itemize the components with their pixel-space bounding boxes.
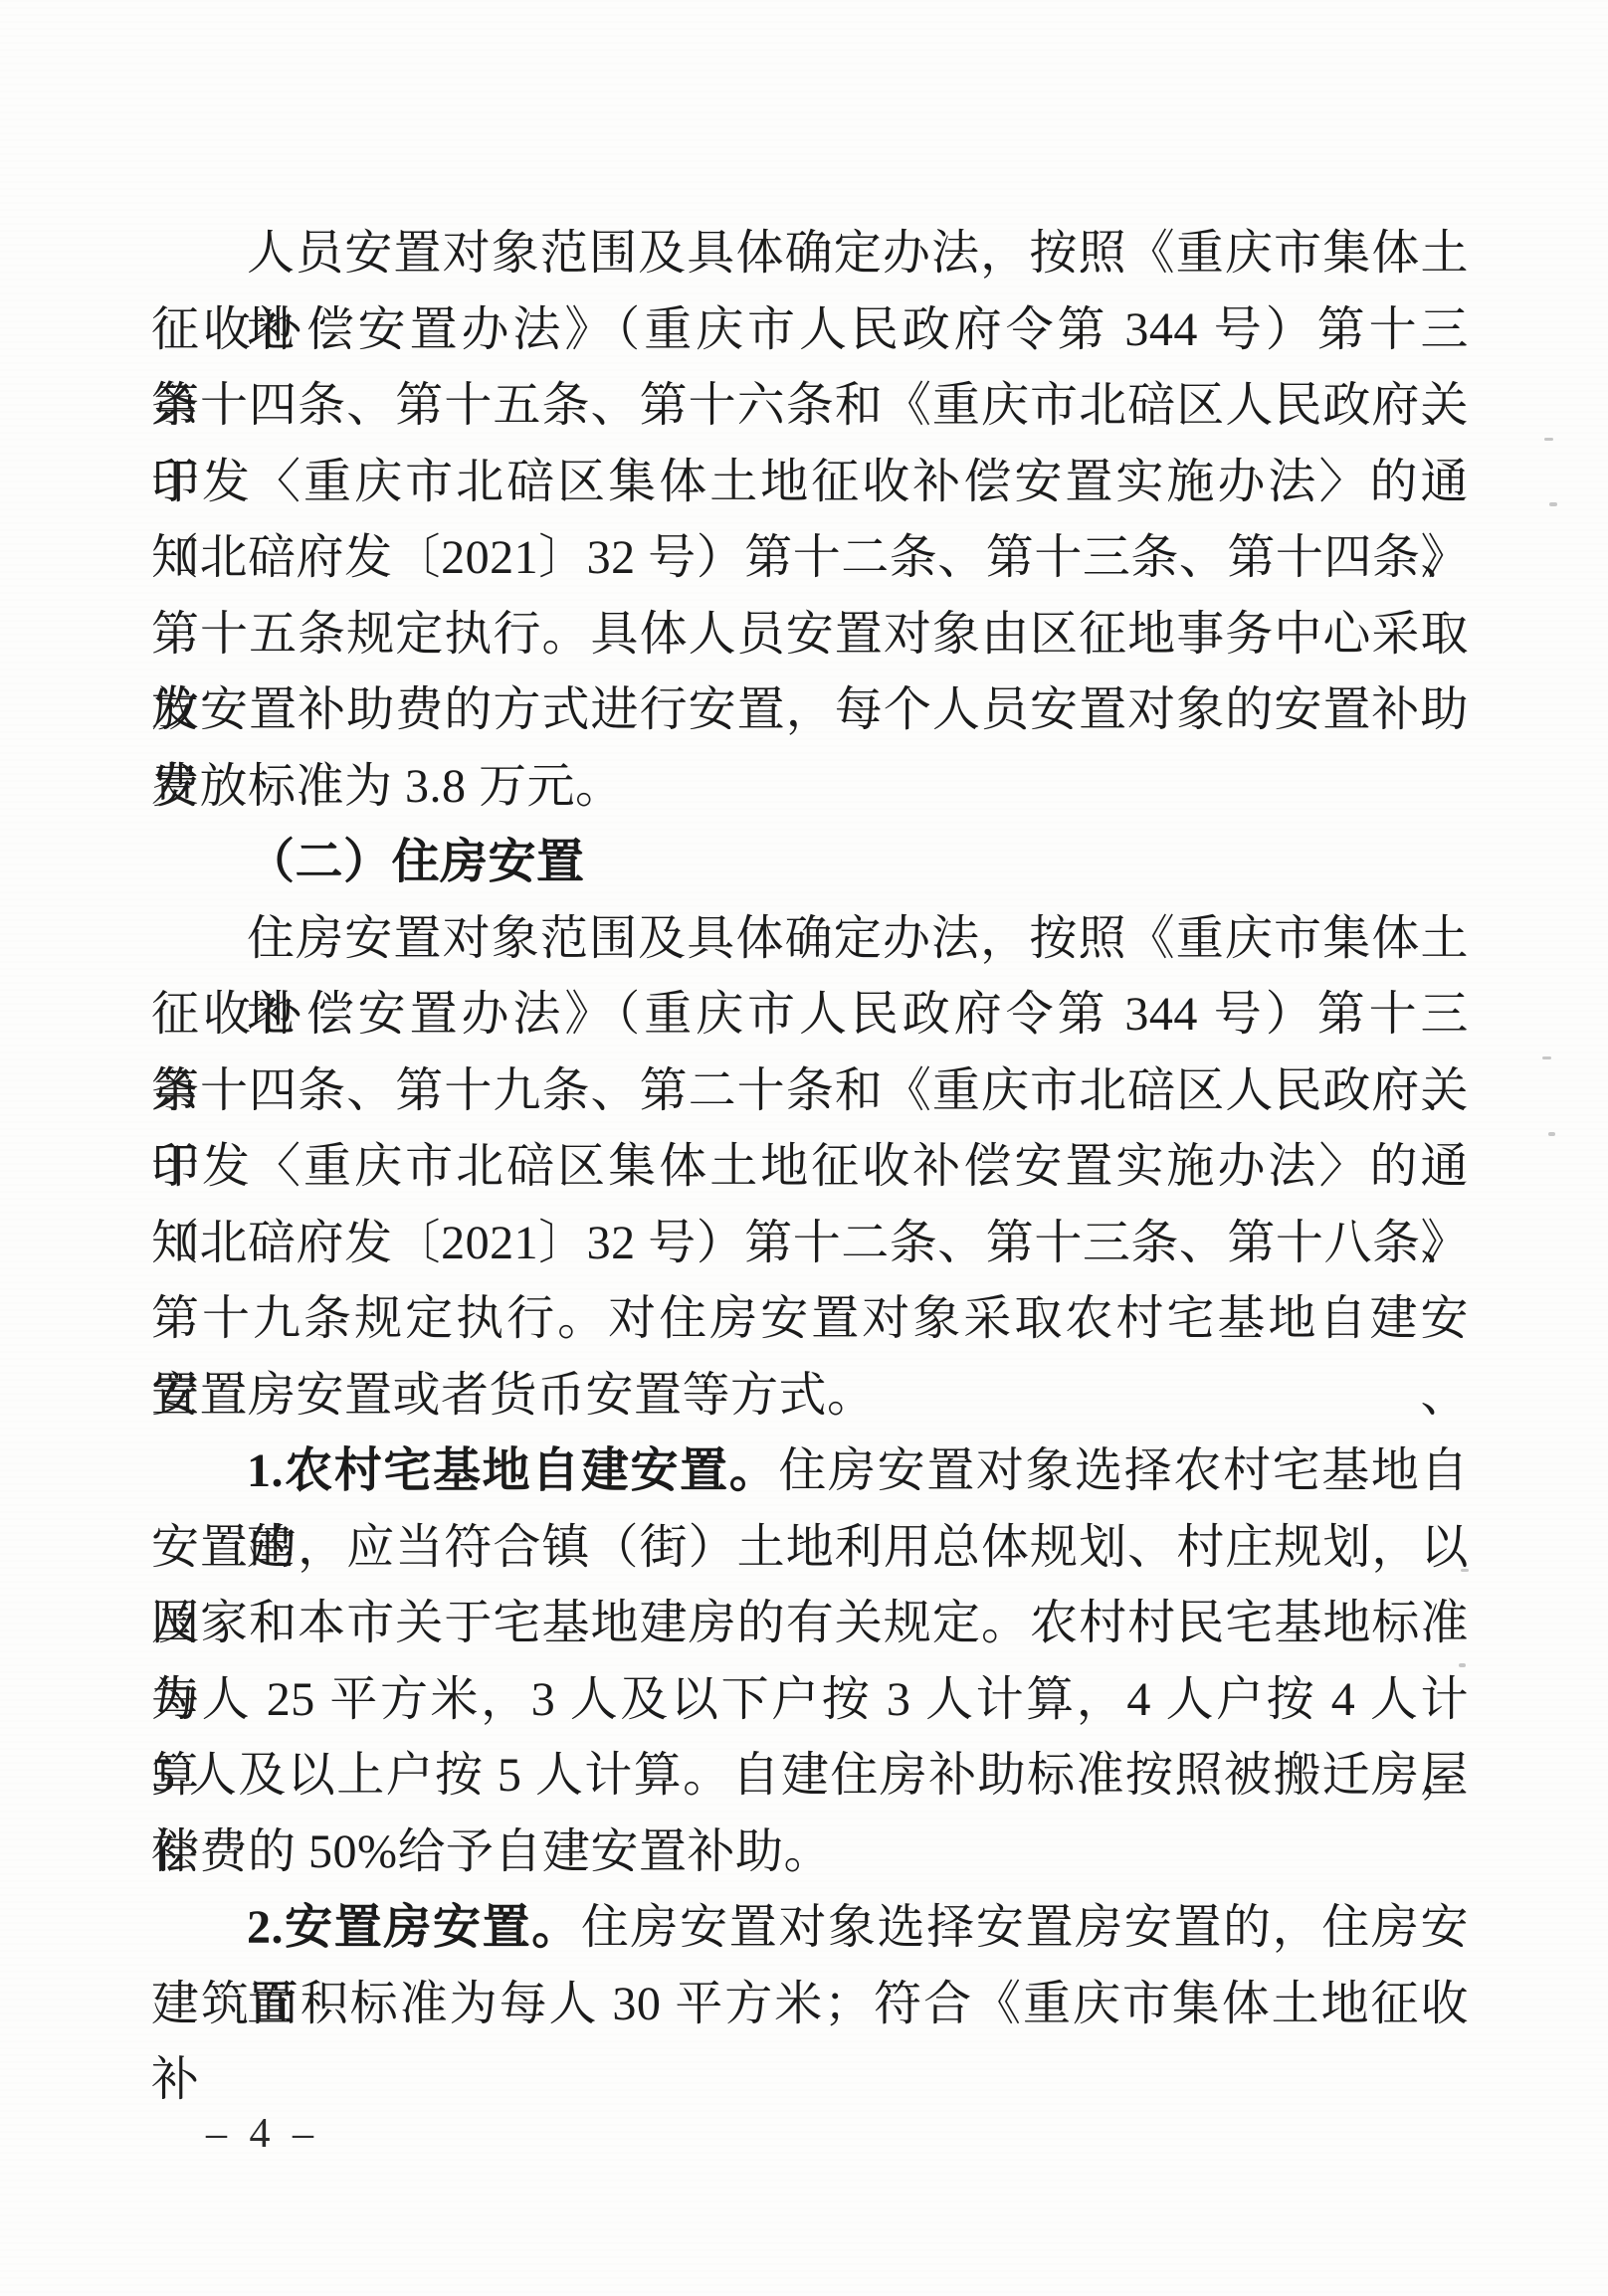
text-line: 征收补偿安置办法》（重庆市人民政府令第 344 号）第十三条、 bbox=[151, 292, 1469, 369]
text-run: 偿费的 50%给予自建安置补助。 bbox=[151, 1825, 832, 1878]
text-run: （北碚府发〔2021〕32 号）第十二条、第十三条、第十八条、 bbox=[151, 1217, 1469, 1269]
scan-speck bbox=[1549, 502, 1557, 506]
text-line: 放安置补助费的方式进行安置，每个人员安置对象的安置补助费 bbox=[151, 672, 1469, 749]
text-line: 第十四条、第十九条、第二十条和《重庆市北碚区人民政府关于 bbox=[151, 1053, 1469, 1130]
scan-speck bbox=[1459, 1663, 1466, 1667]
page-number: – 4 – bbox=[206, 2111, 319, 2157]
document-body: 人员安置对象范围及具体确定办法，按照《重庆市集体土地 征收补偿安置办法》（重庆市… bbox=[151, 216, 1469, 2042]
bold-run: 2.安置房安置。 bbox=[247, 1901, 581, 1954]
text-line: 征收补偿安置办法》（重庆市人民政府令第 344 号）第十三条、 bbox=[151, 977, 1469, 1053]
section-heading: （二）住房安置 bbox=[151, 825, 1469, 901]
text-line: （北碚府发〔2021〕32 号）第十二条、第十三条、第十四条、 bbox=[151, 520, 1469, 597]
scan-speck bbox=[1548, 1132, 1555, 1136]
text-line: 偿费的 50%给予自建安置补助。 bbox=[151, 1815, 1469, 1891]
text-line: 人员安置对象范围及具体确定办法，按照《重庆市集体土地 bbox=[151, 216, 1469, 292]
text-line: 1.农村宅基地自建安置。住房安置对象选择农村宅基地自建 bbox=[151, 1434, 1469, 1510]
text-line: 安置的，应当符合镇（街）土地利用总体规划、村庄规划，以及 bbox=[151, 1510, 1469, 1587]
text-line: 印发〈重庆市北碚区集体土地征收补偿安置实施办法〉的通知》 bbox=[151, 1129, 1469, 1206]
text-line: （北碚府发〔2021〕32 号）第十二条、第十三条、第十八条、 bbox=[151, 1206, 1469, 1282]
text-run: 发放标准为 3.8 万元。 bbox=[151, 760, 624, 813]
text-line: 5 人及以上户按 5 人计算。自建住房补助标准按照被搬迁房屋补 bbox=[151, 1738, 1469, 1815]
text-line: 住房安置对象范围及具体确定办法，按照《重庆市集体土地 bbox=[151, 901, 1469, 978]
text-line: 第十五条规定执行。具体人员安置对象由区征地事务中心采取发 bbox=[151, 597, 1469, 673]
text-line: 发放标准为 3.8 万元。 bbox=[151, 749, 1469, 826]
text-run: 安置房安置或者货币安置等方式。 bbox=[151, 1369, 876, 1422]
scan-speck bbox=[1461, 1569, 1469, 1572]
text-line: 每人 25 平方米，3 人及以下户按 3 人计算，4 人户按 4 人计算， bbox=[151, 1662, 1469, 1739]
text-run: （北碚府发〔2021〕32 号）第十二条、第十三条、第十四条、 bbox=[151, 531, 1469, 584]
text-line: 2.安置房安置。住房安置对象选择安置房安置的，住房安置 bbox=[151, 1890, 1469, 1967]
bold-run: 1.农村宅基地自建安置。 bbox=[247, 1444, 778, 1497]
scan-speck bbox=[1544, 438, 1553, 441]
heading-run: （二）住房安置 bbox=[247, 836, 585, 888]
text-line: 建筑面积标准为每人 30 平方米；符合《重庆市集体土地征收补 bbox=[151, 1967, 1469, 2043]
text-line: 国家和本市关于宅基地建房的有关规定。农村村民宅基地标准为 bbox=[151, 1586, 1469, 1662]
text-line: 第十九条规定执行。对住房安置对象采取农村宅基地自建安置、 bbox=[151, 1281, 1469, 1358]
text-run: 建筑面积标准为每人 30 平方米；符合《重庆市集体土地征收补 bbox=[151, 1978, 1469, 2107]
text-line: 第十四条、第十五条、第十六条和《重庆市北碚区人民政府关于 bbox=[151, 368, 1469, 445]
document-page: 人员安置对象范围及具体确定办法，按照《重庆市集体土地 征收补偿安置办法》（重庆市… bbox=[0, 0, 1608, 2296]
scan-speck bbox=[1542, 1056, 1551, 1059]
text-line: 印发〈重庆市北碚区集体土地征收补偿安置实施办法〉的通知》 bbox=[151, 445, 1469, 521]
